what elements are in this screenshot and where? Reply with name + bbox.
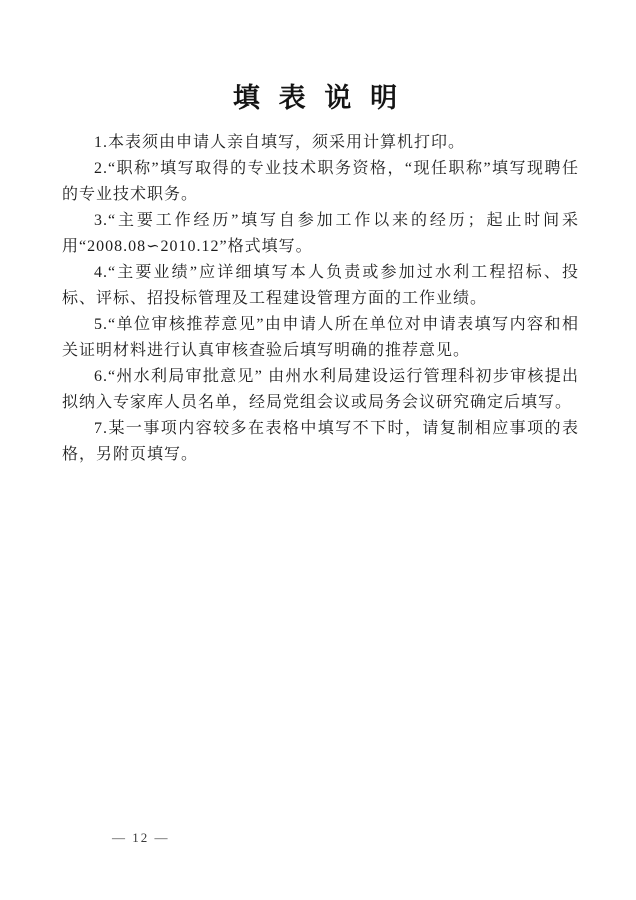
document-page: 填 表 说 明 1.本表须由申请人亲自填写，须采用计算机打印。 2.“职称”填写…	[0, 0, 636, 900]
instruction-paragraph-2: 2.“职称”填写取得的专业技术职务资格，“现任职称”填写现聘任的专业技术职务。	[62, 156, 579, 208]
instruction-paragraph-3: 3.“主要工作经历”填写自参加工作以来的经历；起止时间采用“2008.08∽20…	[62, 208, 579, 260]
instructions-body: 1.本表须由申请人亲自填写，须采用计算机打印。 2.“职称”填写取得的专业技术职…	[62, 130, 579, 468]
instruction-paragraph-4: 4.“主要业绩”应详细填写本人负责或参加过水利工程招标、投标、评标、招投标管理及…	[62, 260, 579, 312]
page-number: — 12 —	[112, 830, 170, 846]
instruction-paragraph-5: 5.“单位审核推荐意见”由申请人所在单位对申请表填写内容和相关证明材料进行认真审…	[62, 312, 579, 364]
instruction-paragraph-1: 1.本表须由申请人亲自填写，须采用计算机打印。	[62, 130, 579, 156]
instruction-paragraph-7: 7.某一事项内容较多在表格中填写不下时，请复制相应事项的表格，另附页填写。	[62, 416, 579, 468]
instruction-paragraph-6: 6.“州水利局审批意见” 由州水利局建设运行管理科初步审核提出拟纳入专家库人员名…	[62, 364, 579, 416]
page-title: 填 表 说 明	[0, 76, 636, 115]
